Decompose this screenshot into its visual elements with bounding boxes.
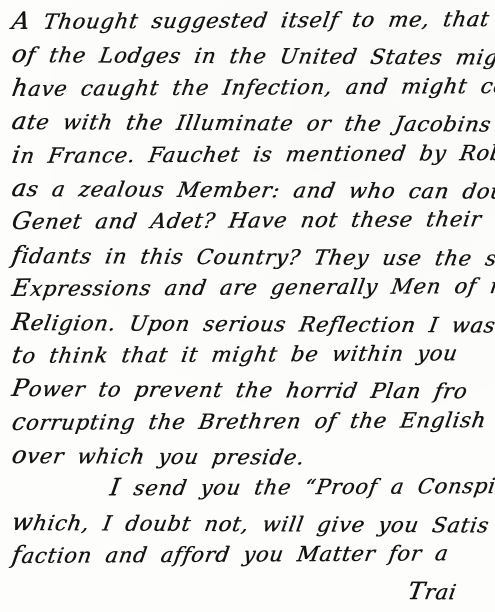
letter-page: A Thought suggested itself to me, that s…	[0, 0, 495, 612]
handwritten-text-block: A Thought suggested itself to me, that s…	[0, 0, 495, 606]
handwritten-line: faction and afford you Matter for a	[9, 536, 495, 572]
handwritten-line-paragraph-start: I send you the “Proof a Conspiracy,	[9, 470, 495, 506]
handwritten-line: A Thought suggested itself to me, that s…	[9, 2, 495, 38]
handwritten-line: corrupting the Brethren of the English L…	[9, 403, 495, 439]
handwritten-line: Expressions and are generally Men of n	[9, 269, 495, 305]
handwritten-line-catchword: Trai	[9, 573, 495, 609]
handwritten-line: to think that it might be within you	[9, 336, 495, 372]
handwritten-line: have caught the Infection, and might coo…	[9, 69, 495, 105]
handwritten-line: in France. Fauchet is mentioned by Robi	[9, 136, 495, 172]
handwritten-line: Genet and Adet? Have not these their C	[9, 202, 495, 238]
